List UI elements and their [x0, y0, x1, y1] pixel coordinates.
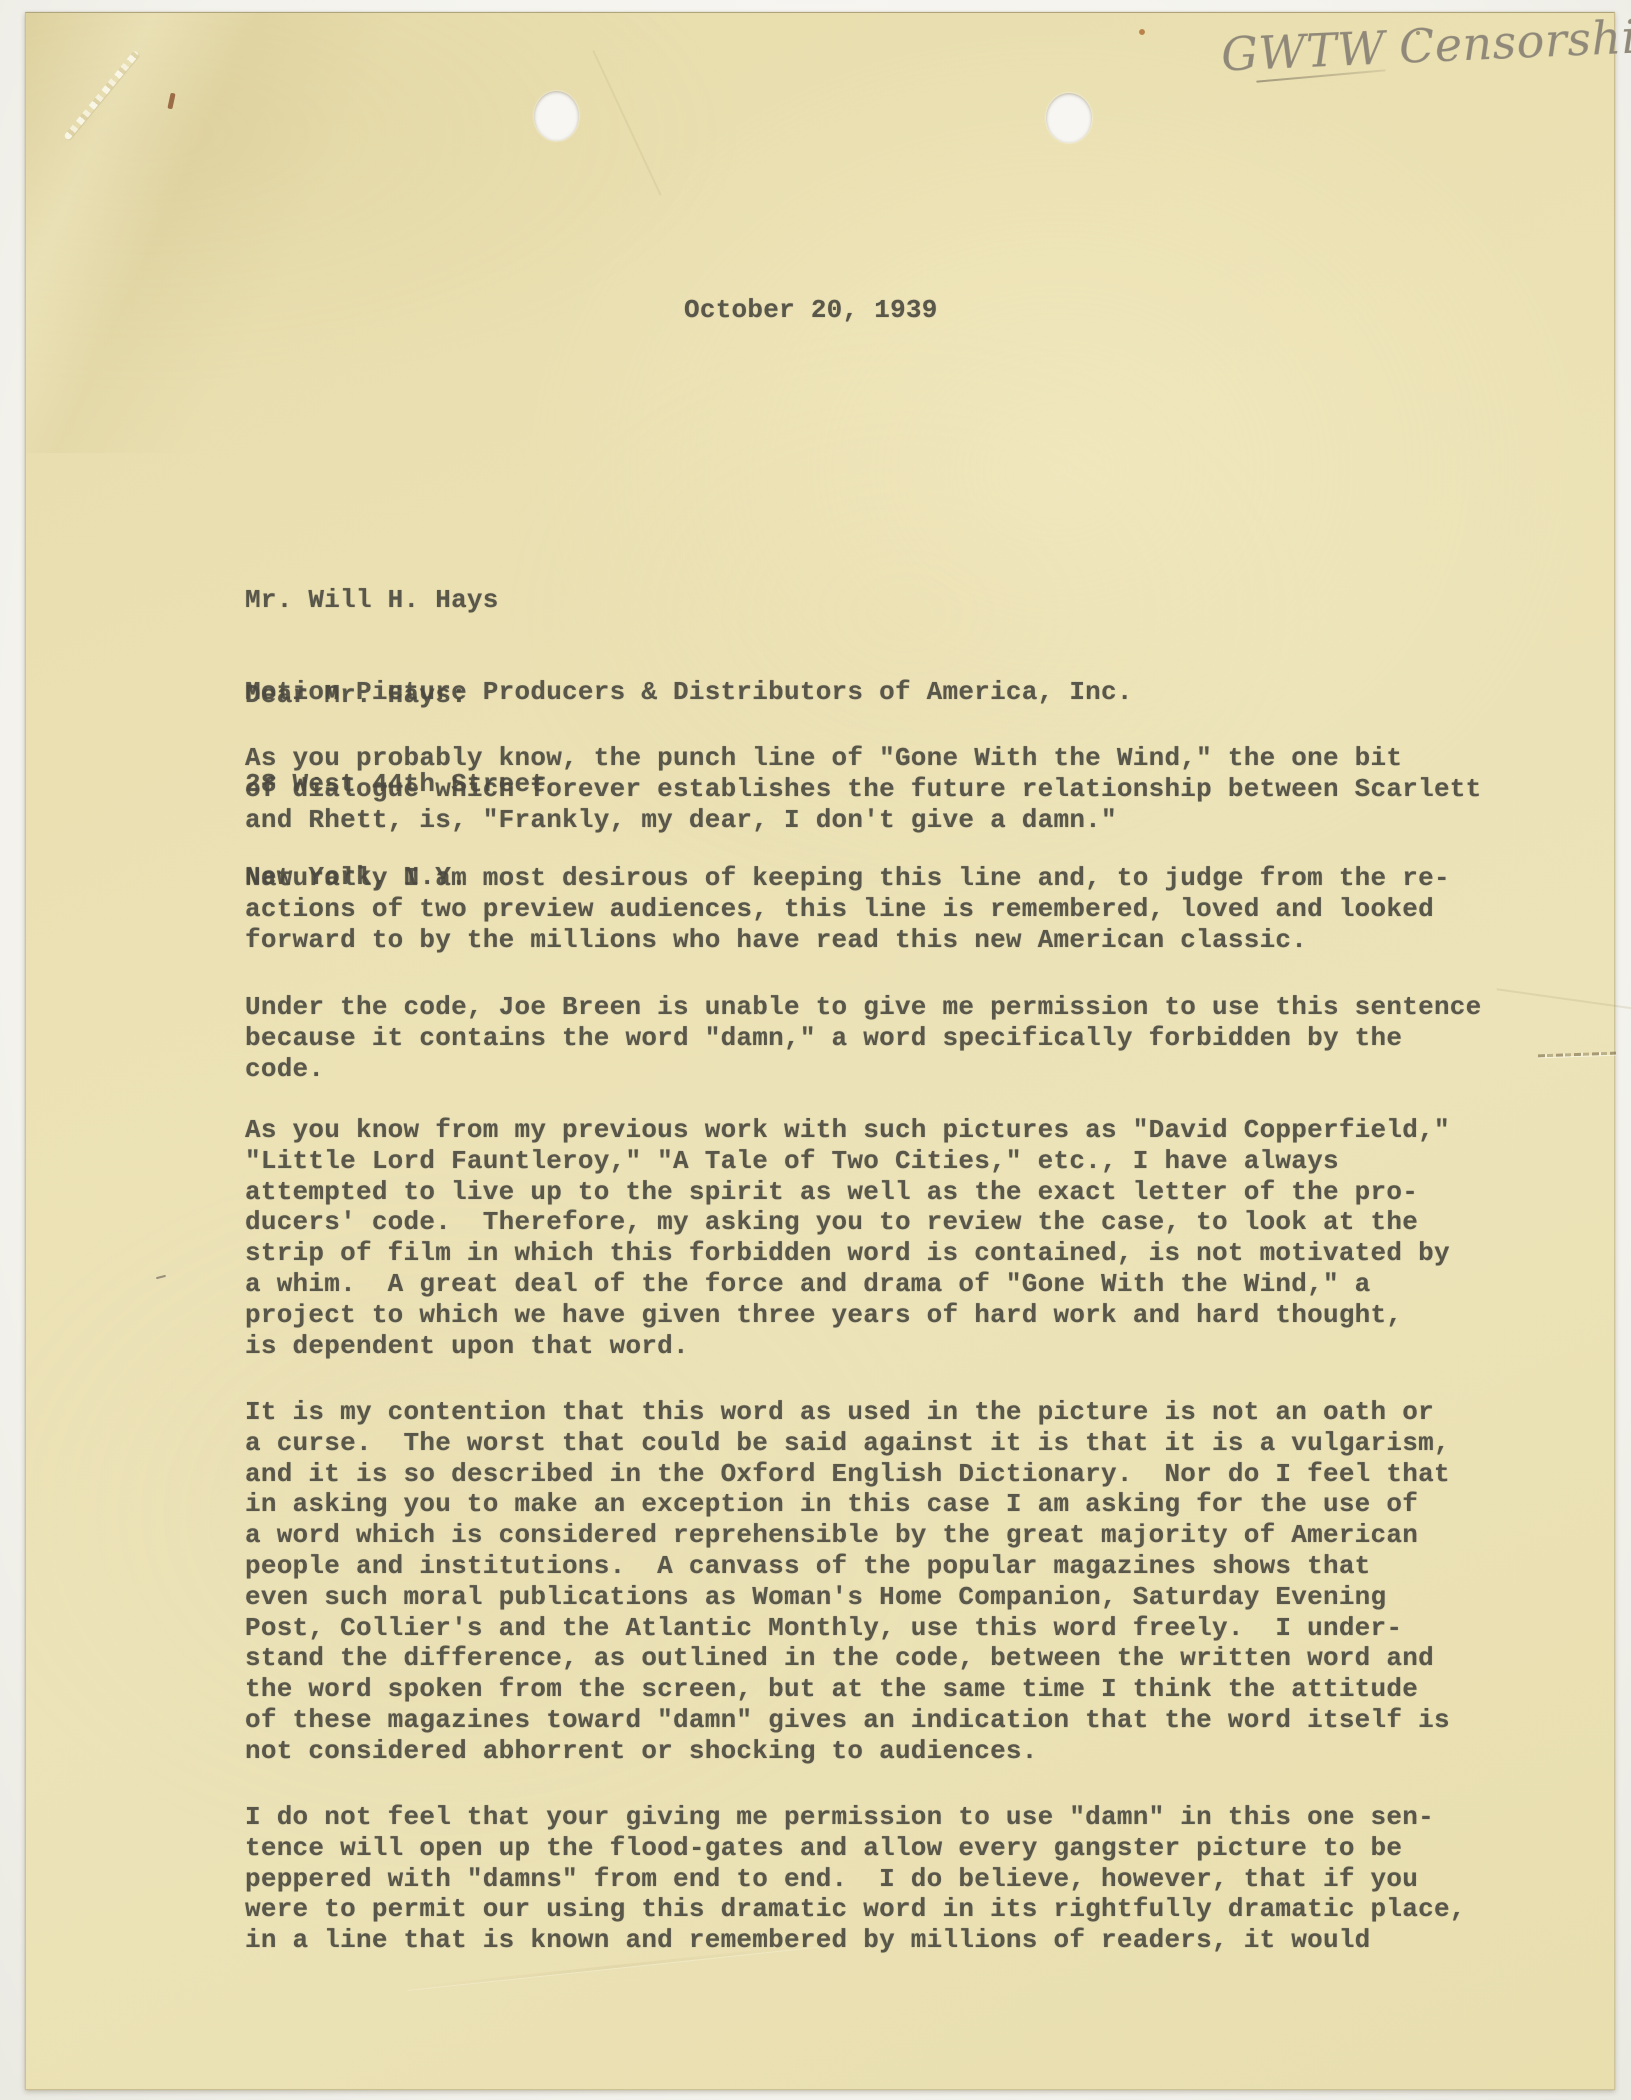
stray-pencil-mark [156, 1275, 166, 1279]
top-middle-crease [592, 50, 661, 196]
annotation-word-censorship: Censorship [1398, 8, 1631, 74]
punch-hole-right [1046, 93, 1092, 143]
letter-paragraph-3: Under the code, Joe Breen is unable to g… [245, 992, 1535, 1084]
top-left-crease-shading [26, 13, 406, 453]
letter-paragraph-4: As you know from my previous work with s… [245, 1115, 1535, 1361]
punch-hole-left [534, 91, 579, 141]
right-edge-tear [1538, 1052, 1616, 1058]
letter-paragraph-5: It is my contention that this word as us… [245, 1397, 1535, 1767]
top-left-scuff-mark [63, 50, 140, 141]
handwritten-annotation: GWTWCensorship [1220, 9, 1631, 80]
letter-paragraph-2: Naturally I am most desirous of keeping … [245, 863, 1535, 955]
letter-paper: GWTWCensorship October 20, 1939 Mr. Will… [25, 12, 1615, 2090]
small-stain-speck [1139, 29, 1145, 35]
letter-date: October 20, 1939 [684, 295, 1084, 326]
letter-paragraph-1: As you probably know, the punch line of … [245, 743, 1535, 835]
letter-paragraph-6: I do not feel that your giving me permis… [245, 1802, 1535, 1956]
rust-speck [167, 93, 175, 110]
scanned-letter-scene: GWTWCensorship October 20, 1939 Mr. Will… [0, 0, 1631, 2100]
salutation: Dear Mr. Hays: [245, 680, 1535, 711]
recipient-name: Mr. Will H. Hays [245, 585, 1535, 616]
